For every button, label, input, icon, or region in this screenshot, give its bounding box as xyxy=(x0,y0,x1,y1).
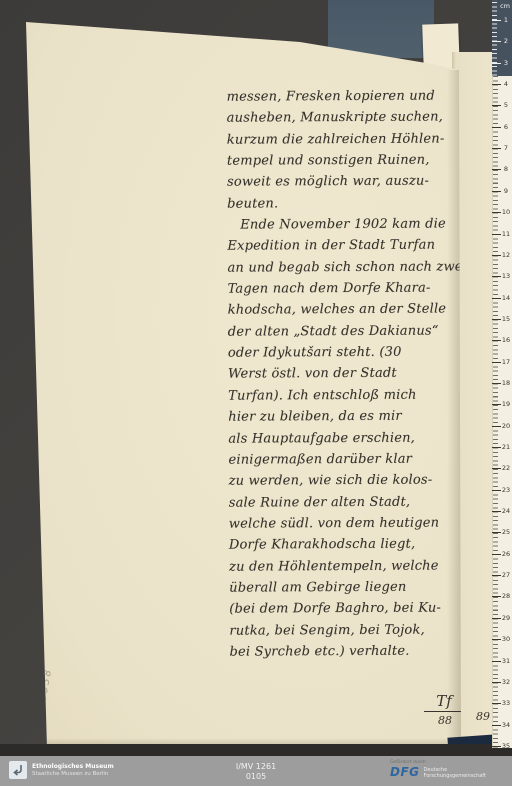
ruler-cm-number: 20 xyxy=(500,423,512,430)
page-number-main: 88 xyxy=(438,714,452,727)
ruler-cm-number: 25 xyxy=(500,529,512,536)
ruler-cm-number: 10 xyxy=(500,209,512,216)
ruler-cm-number: 6 xyxy=(500,124,512,131)
handwritten-line: welche südl. von dem heutigen xyxy=(229,512,463,535)
ruler-cm-number: 15 xyxy=(500,316,512,323)
handwritten-line: bei Syrcheb etc.) verhalte. xyxy=(229,640,463,663)
handwritten-line: khodscha, welches an der Stelle xyxy=(228,299,462,322)
ruler-cm-number: 24 xyxy=(500,508,512,515)
scan-viewport: 89 messen, Fresken kopieren undausheben,… xyxy=(0,0,512,786)
handwritten-line: rutka, bei Sengim, bei Tojok, xyxy=(229,619,463,642)
handwritten-line: zu werden, wie sich die kolos- xyxy=(229,470,463,493)
ruler-cm-number: 33 xyxy=(500,700,512,707)
ruler-cm-number: 29 xyxy=(500,615,512,622)
handwritten-line: Werst östl. von der Stadt xyxy=(228,363,462,386)
ruler-main-segment xyxy=(492,76,512,748)
page-number-next: 89 xyxy=(476,710,490,723)
handwritten-line: (bei dem Dorfe Baghro, bei Ku- xyxy=(229,598,463,621)
ruler-cm-number: 19 xyxy=(500,401,512,408)
handwritten-line: beuten. xyxy=(227,192,461,215)
ruler-cm-number: 1 xyxy=(500,17,512,24)
margin-stamp: 11 0538 xyxy=(29,639,59,751)
ruler-cm-number: 34 xyxy=(500,722,512,729)
handwritten-text-block: messen, Fresken kopieren undausheben, Ma… xyxy=(226,85,463,662)
ruler-cm-number: 35 xyxy=(500,743,512,750)
ruler-cm-number: 27 xyxy=(500,572,512,579)
ruler-cm-number: 8 xyxy=(500,166,512,173)
sheet-mark-initials: Tf xyxy=(424,692,464,712)
funder-name: Deutsche Forschungsgemeinschaft xyxy=(424,767,486,779)
ruler-cm-number: 13 xyxy=(500,273,512,280)
ruler-cm-number: 17 xyxy=(500,359,512,366)
handwritten-line: Tagen nach dem Dorfe Khara- xyxy=(227,277,461,300)
handwritten-line: tempel und sonstigen Ruinen, xyxy=(227,149,461,172)
ruler-cm-number: 21 xyxy=(500,444,512,451)
handwritten-line: der alten „Stadt des Dakianus“ xyxy=(228,320,462,343)
ruler-cm-number: 32 xyxy=(500,679,512,686)
ruler-cm-number: 11 xyxy=(500,231,512,238)
ruler-cm-number: 5 xyxy=(500,102,512,109)
handwritten-line: messen, Fresken kopieren und xyxy=(226,85,460,108)
archive-folder-cover xyxy=(328,0,434,58)
ruler-cm-number: 31 xyxy=(500,658,512,665)
handwritten-line: Ende November 1902 kam die xyxy=(227,213,461,236)
ruler-cm-number: 3 xyxy=(500,60,512,67)
handwritten-line: oder Idykutšari steht. (30 xyxy=(228,342,462,365)
handwritten-line: an und begab sich schon nach zwei xyxy=(227,256,461,279)
handwritten-line: überall am Gebirge liegen xyxy=(229,576,463,599)
handwritten-line: Dorfe Kharakhodscha liegt, xyxy=(229,534,463,557)
ruler-cm-number: 23 xyxy=(500,487,512,494)
handwritten-line: Turfan). Ich entschloß mich xyxy=(228,384,462,407)
ruler-cm-number: 30 xyxy=(500,636,512,643)
handwritten-line: sale Ruine der alten Stadt, xyxy=(229,491,463,514)
measurement-ruler: cm 1234567891011121314151617181920212223… xyxy=(492,0,512,748)
handwritten-line: soweit es möglich war, auszu- xyxy=(227,171,461,194)
ruler-cm-number: 14 xyxy=(500,295,512,302)
ruler-cm-number: 4 xyxy=(500,81,512,88)
manuscript-page: messen, Fresken kopieren undausheben, Ma… xyxy=(0,0,512,786)
handwritten-line: ausheben, Manuskripte suchen, xyxy=(227,107,461,130)
handwritten-line: Expedition in der Stadt Turfan xyxy=(227,235,461,258)
ruler-cm-number: 28 xyxy=(500,593,512,600)
ruler-cm-number: 16 xyxy=(500,337,512,344)
ruler-cm-number: 2 xyxy=(500,38,512,45)
handwritten-line: zu den Höhlentempeln, welche xyxy=(229,555,463,578)
ruler-mm-ticks xyxy=(492,2,497,76)
handwritten-line: einigermaßen darüber klar xyxy=(228,448,462,471)
funder-branding: Gefördert durch DFG Deutsche Forschungsg… xyxy=(390,759,500,779)
ruler-cm-number: 26 xyxy=(500,551,512,558)
viewer-footer-bar: Ethnologisches Museum Staatliche Museen … xyxy=(0,756,512,786)
ruler-cm-number: 22 xyxy=(500,465,512,472)
ruler-cm-number: 9 xyxy=(500,188,512,195)
ruler-mm-ticks xyxy=(493,76,498,748)
ruler-cm-number: 12 xyxy=(500,252,512,259)
handwritten-line: hier zu bleiben, da es mir xyxy=(228,406,462,429)
ruler-cm-number: 7 xyxy=(500,145,512,152)
scan-bed-shadow xyxy=(0,744,512,756)
handwritten-line: als Hauptaufgabe erschien, xyxy=(228,427,462,450)
ruler-unit-label: cm xyxy=(500,2,510,10)
ruler-cm-number: 18 xyxy=(500,380,512,387)
dfg-logo: DFG xyxy=(390,766,420,779)
handwritten-line: kurzum die zahlreichen Höhlen- xyxy=(227,128,461,151)
